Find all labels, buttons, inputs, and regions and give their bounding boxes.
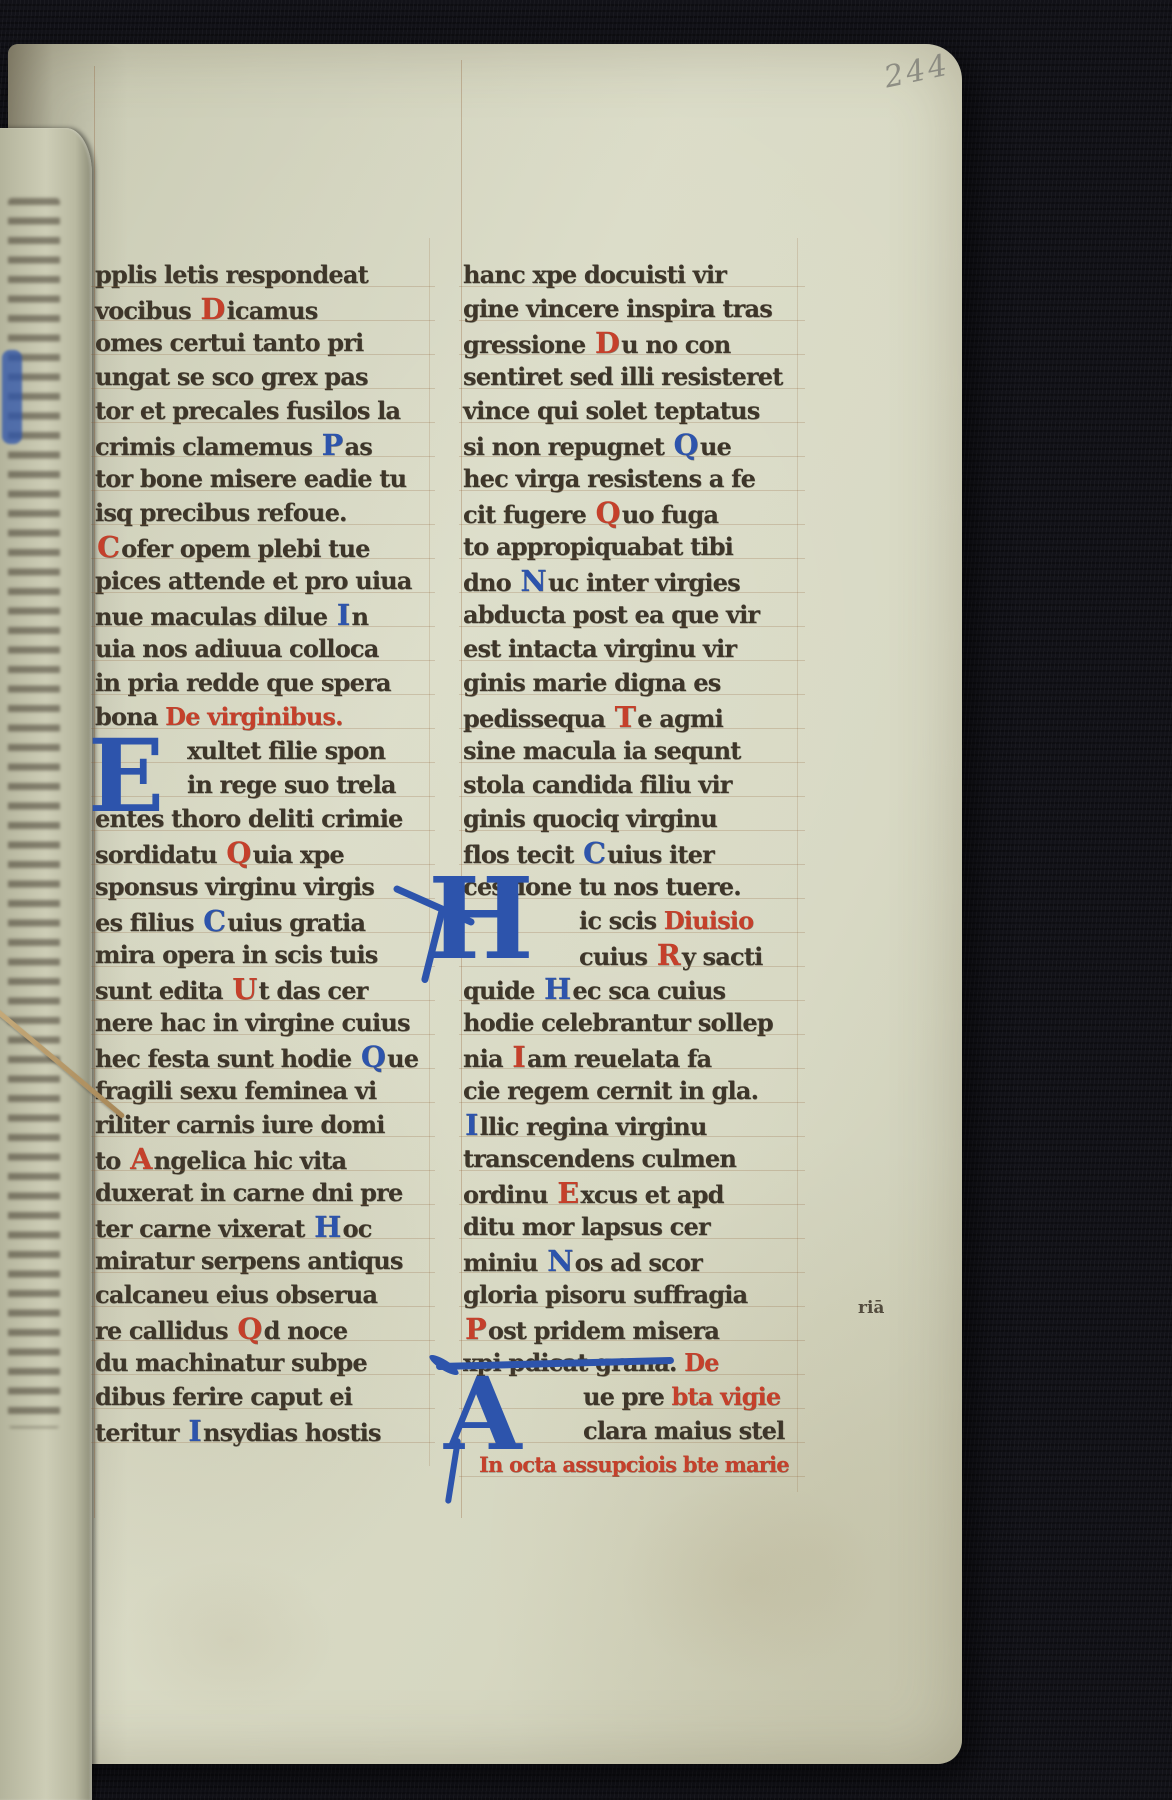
text-line: mira opera in scis tuis: [95, 938, 427, 972]
text-run: ost pridem misera: [488, 1316, 719, 1345]
text-line: teritur Insydias hostis: [95, 1414, 427, 1448]
text-run: xultet filie spon: [187, 736, 385, 765]
facing-page-blue-initial: [2, 350, 22, 444]
illuminated-initial-E: E: [88, 728, 164, 824]
blue-versal: H: [312, 1210, 342, 1244]
text-run: uius gratia: [227, 908, 365, 937]
text-run: hodie celebrantur sollep: [463, 1008, 773, 1037]
text-line: cit fugere Quo fuga: [463, 496, 797, 530]
text-run: miratur serpens antiqus: [95, 1246, 403, 1275]
text-run: miniu: [463, 1248, 545, 1277]
text-line: miratur serpens antiqus: [95, 1244, 427, 1278]
text-run: dibus ferire caput ei: [95, 1382, 352, 1411]
text-line: miniu Nos ad scor: [463, 1244, 797, 1278]
text-run: in pria redde que spera: [95, 668, 391, 697]
text-run: ic scis: [579, 906, 664, 935]
parchment-stain: [620, 1480, 880, 1680]
blue-versal: N: [518, 564, 548, 598]
text-run: crimis clamemus: [95, 432, 320, 461]
text-run: sordidatu: [95, 840, 224, 869]
text-run: llic regina virginu: [480, 1112, 707, 1141]
blue-versal: I: [186, 1414, 203, 1448]
text-line: ter carne vixerat Hoc: [95, 1210, 427, 1244]
text-line: dno Nuc inter virgies: [463, 564, 797, 598]
text-run: u no con: [621, 330, 730, 359]
manuscript-photo: 244 pplis letis respondeatvocibus Dicamu…: [0, 0, 1172, 1800]
text-line: sunt edita Ut das cer: [95, 972, 427, 1006]
text-run: t das cer: [259, 976, 368, 1005]
text-run: sponsus virginu virgis: [95, 872, 374, 901]
text-run: cie regem cernit in gla.: [463, 1076, 758, 1105]
text-run: pedissequa: [463, 704, 613, 733]
text-run: uia xpe: [253, 840, 344, 869]
text-run: ec sca cuius: [572, 976, 725, 1005]
text-run: stola candida filiu vir: [463, 770, 732, 799]
text-run: ginis marie digna es: [463, 668, 720, 697]
text-line: sentiret sed illi resisteret: [463, 360, 797, 394]
text-line: si non repugnet Que: [463, 428, 797, 462]
text-line: tor bone misere eadie tu: [95, 462, 427, 496]
text-line: Illic regina virginu: [463, 1108, 797, 1142]
text-run: ue: [387, 1044, 418, 1073]
text-run: nere hac in virgine cuius: [95, 1008, 410, 1037]
text-run: tor bone misere eadie tu: [95, 464, 406, 493]
text-line: pplis letis respondeat: [95, 258, 427, 292]
text-line: to Angelica hic vita: [95, 1142, 427, 1176]
text-run: d noce: [264, 1316, 348, 1345]
text-line: tor et precales fusilos la: [95, 394, 427, 428]
text-run: hec virga resistens a fe: [463, 464, 755, 493]
text-run: gine vincere inspira tras: [463, 294, 772, 323]
text-line: sponsus virginu virgis: [95, 870, 427, 904]
text-line: dibus ferire caput ei: [95, 1380, 427, 1414]
text-run: os ad scor: [575, 1248, 702, 1277]
blue-versal: N: [545, 1244, 575, 1278]
text-run: pplis letis respondeat: [95, 260, 368, 289]
text-run: oc: [343, 1214, 372, 1243]
text-run: ngelica hic vita: [154, 1146, 347, 1175]
text-line: hodie celebrantur sollep: [463, 1006, 797, 1040]
text-line: nue maculas dilue In: [95, 598, 427, 632]
text-run: e agmi: [637, 704, 723, 733]
text-run: sentiret sed illi resisteret: [463, 362, 783, 391]
text-run: ordinu: [463, 1180, 555, 1209]
text-run: fragili sexu feminea vi: [95, 1076, 376, 1105]
text-line: in pria redde que spera: [95, 666, 427, 700]
rubric-text: De: [684, 1348, 718, 1377]
text-line: ginis marie digna es: [463, 666, 797, 700]
text-line: es filius Cuius gratia: [95, 904, 427, 938]
text-line: isq precibus refoue.: [95, 496, 427, 530]
text-line: hec festa sunt hodie Que: [95, 1040, 427, 1074]
text-run: riliter carnis iure domi: [95, 1110, 385, 1139]
text-line: est intacta virginu vir: [463, 632, 797, 666]
text-line: crimis clamemus Pas: [95, 428, 427, 462]
text-line: omes certui tanto pri: [95, 326, 427, 360]
text-run: to appropiquabat tibi: [463, 532, 733, 561]
text-run: as: [344, 432, 371, 461]
text-run: teritur: [95, 1418, 186, 1447]
red-versal: I: [510, 1040, 527, 1074]
blue-versal: I: [463, 1108, 480, 1142]
text-line: gloria pisoru suffragia: [463, 1278, 797, 1312]
red-versal: U: [230, 972, 258, 1006]
text-run: ter carne vixerat: [95, 1214, 312, 1243]
text-run: to: [95, 1146, 128, 1175]
text-run: nue maculas dilue: [95, 602, 335, 631]
text-run: dno: [463, 568, 518, 597]
text-run: hec festa sunt hodie: [95, 1044, 359, 1073]
red-versal: A: [128, 1142, 154, 1176]
red-versal: C: [95, 530, 121, 564]
rubric-text: bta vigie: [672, 1382, 781, 1411]
text-line: gine vincere inspira tras: [463, 292, 797, 326]
text-line: ungat se sco grex pas: [95, 360, 427, 394]
text-run: ue pre: [583, 1382, 672, 1411]
illuminated-initial-H: H: [428, 868, 534, 972]
blue-versal: Q: [359, 1040, 387, 1074]
parchment-stain: [120, 1560, 340, 1720]
text-run: ue: [700, 432, 731, 461]
text-run: pices attende et pro uiua: [95, 566, 412, 595]
text-line: abducta post ea que vir: [463, 598, 797, 632]
text-line: hanc xpe docuisti vir: [463, 258, 797, 292]
text-run: isq precibus refoue.: [95, 498, 347, 527]
text-line: duxerat in carne dni pre: [95, 1176, 427, 1210]
text-run: uo fuga: [622, 500, 718, 529]
text-run: gloria pisoru suffragia: [463, 1280, 747, 1309]
text-run: ungat se sco grex pas: [95, 362, 368, 391]
text-run: du machinatur subpe: [95, 1348, 367, 1377]
text-line: nere hac in virgine cuius: [95, 1006, 427, 1040]
text-run: gressione: [463, 330, 593, 359]
text-run: uius iter: [607, 840, 714, 869]
text-run: in rege suo trela: [187, 770, 396, 799]
text-line: cie regem cernit in gla.: [463, 1074, 797, 1108]
illuminated-initial-A: A: [444, 1366, 522, 1462]
text-line: vince qui solet teptatus: [463, 394, 797, 428]
text-line: gressione Du no con: [463, 326, 797, 360]
text-run: y sacti: [682, 942, 763, 971]
text-line: stola candida filiu vir: [463, 768, 797, 802]
text-line: nia Iam reuelata fa: [463, 1040, 797, 1074]
text-line: pices attende et pro uiua: [95, 564, 427, 598]
text-line: hec virga resistens a fe: [463, 462, 797, 496]
text-run: es filius: [95, 908, 201, 937]
text-run: est intacta virginu vir: [463, 634, 736, 663]
text-line: riliter carnis iure domi: [95, 1108, 427, 1142]
text-line: ordinu Excus et apd: [463, 1176, 797, 1210]
text-run: uc inter virgies: [548, 568, 740, 597]
text-line: sordidatu Quia xpe: [95, 836, 427, 870]
text-run: sunt edita: [95, 976, 230, 1005]
text-run: ditu mor lapsus cer: [463, 1212, 710, 1241]
text-line: calcaneu eius obserua: [95, 1278, 427, 1312]
text-run: ginis quociq virginu: [463, 804, 717, 833]
red-versal: E: [555, 1176, 580, 1210]
text-run: am reuelata fa: [527, 1044, 711, 1073]
red-versal: P: [463, 1312, 488, 1346]
text-line: pedissequa Te agmi: [463, 700, 797, 734]
text-run: cuius: [579, 942, 655, 971]
text-run: uia nos adiuua colloca: [95, 634, 378, 663]
text-line: ginis quociq virginu: [463, 802, 797, 836]
text-run: cit fugere: [463, 500, 593, 529]
text-line: uia nos adiuua colloca: [95, 632, 427, 666]
text-line: transcendens culmen: [463, 1142, 797, 1176]
ruling-line-vertical: [461, 60, 462, 1518]
text-run: calcaneu eius obserua: [95, 1280, 377, 1309]
blue-versal: Q: [672, 428, 700, 462]
red-versal: R: [655, 938, 682, 972]
text-line: ditu mor lapsus cer: [463, 1210, 797, 1244]
text-run: nia: [463, 1044, 510, 1073]
text-line: Cofer opem plebi tue: [95, 530, 427, 564]
ruling-line-vertical: [797, 238, 798, 1492]
blue-versal: C: [201, 904, 227, 938]
text-run: vince qui solet teptatus: [463, 396, 759, 425]
text-line: fragili sexu feminea vi: [95, 1074, 427, 1108]
text-run: mira opera in scis tuis: [95, 940, 377, 969]
red-versal: T: [613, 700, 638, 734]
facing-page-edge: [0, 128, 92, 1800]
blue-versal: H: [542, 972, 572, 1006]
text-line: vocibus Dicamus: [95, 292, 427, 326]
text-line: du machinatur subpe: [95, 1346, 427, 1380]
rubric-text: De virginibus.: [165, 702, 343, 731]
blue-versal: P: [320, 428, 345, 462]
text-run: transcendens culmen: [463, 1144, 736, 1173]
blue-versal: I: [335, 598, 352, 632]
text-run: si non repugnet: [463, 432, 672, 461]
blue-versal: C: [581, 836, 607, 870]
text-line: sine macula ia sequnt: [463, 734, 797, 768]
red-versal: D: [593, 326, 621, 360]
rubric-text: Diuisio: [664, 906, 754, 935]
text-run: tor et precales fusilos la: [95, 396, 400, 425]
text-run: re callidus: [95, 1316, 235, 1345]
text-run: xcus et apd: [580, 1180, 723, 1209]
text-column-left: pplis letis respondeatvocibus Dicamusome…: [95, 258, 427, 1448]
red-versal: Q: [235, 1312, 263, 1346]
marginal-correction-note: riā: [858, 1298, 884, 1318]
text-run: nsydias hostis: [203, 1418, 381, 1447]
text-run: omes certui tanto pri: [95, 328, 363, 357]
text-run: duxerat in carne dni pre: [95, 1178, 402, 1207]
text-run: vocibus: [95, 296, 198, 325]
text-run: clara maius stel: [583, 1416, 784, 1445]
red-versal: Q: [224, 836, 252, 870]
text-run: abducta post ea que vir: [463, 600, 759, 629]
text-run: ofer opem plebi tue: [121, 534, 369, 563]
text-run: n: [351, 602, 368, 631]
text-line: Post pridem misera: [463, 1312, 797, 1346]
red-versal: D: [198, 292, 226, 326]
text-run: sine macula ia sequnt: [463, 736, 741, 765]
red-versal: Q: [593, 496, 621, 530]
text-run: icamus: [227, 296, 318, 325]
text-line: to appropiquabat tibi: [463, 530, 797, 564]
text-line: re callidus Qd noce: [95, 1312, 427, 1346]
rubric-text: In octa assupciois bte marie: [479, 1452, 789, 1477]
text-run: hanc xpe docuisti vir: [463, 260, 726, 289]
